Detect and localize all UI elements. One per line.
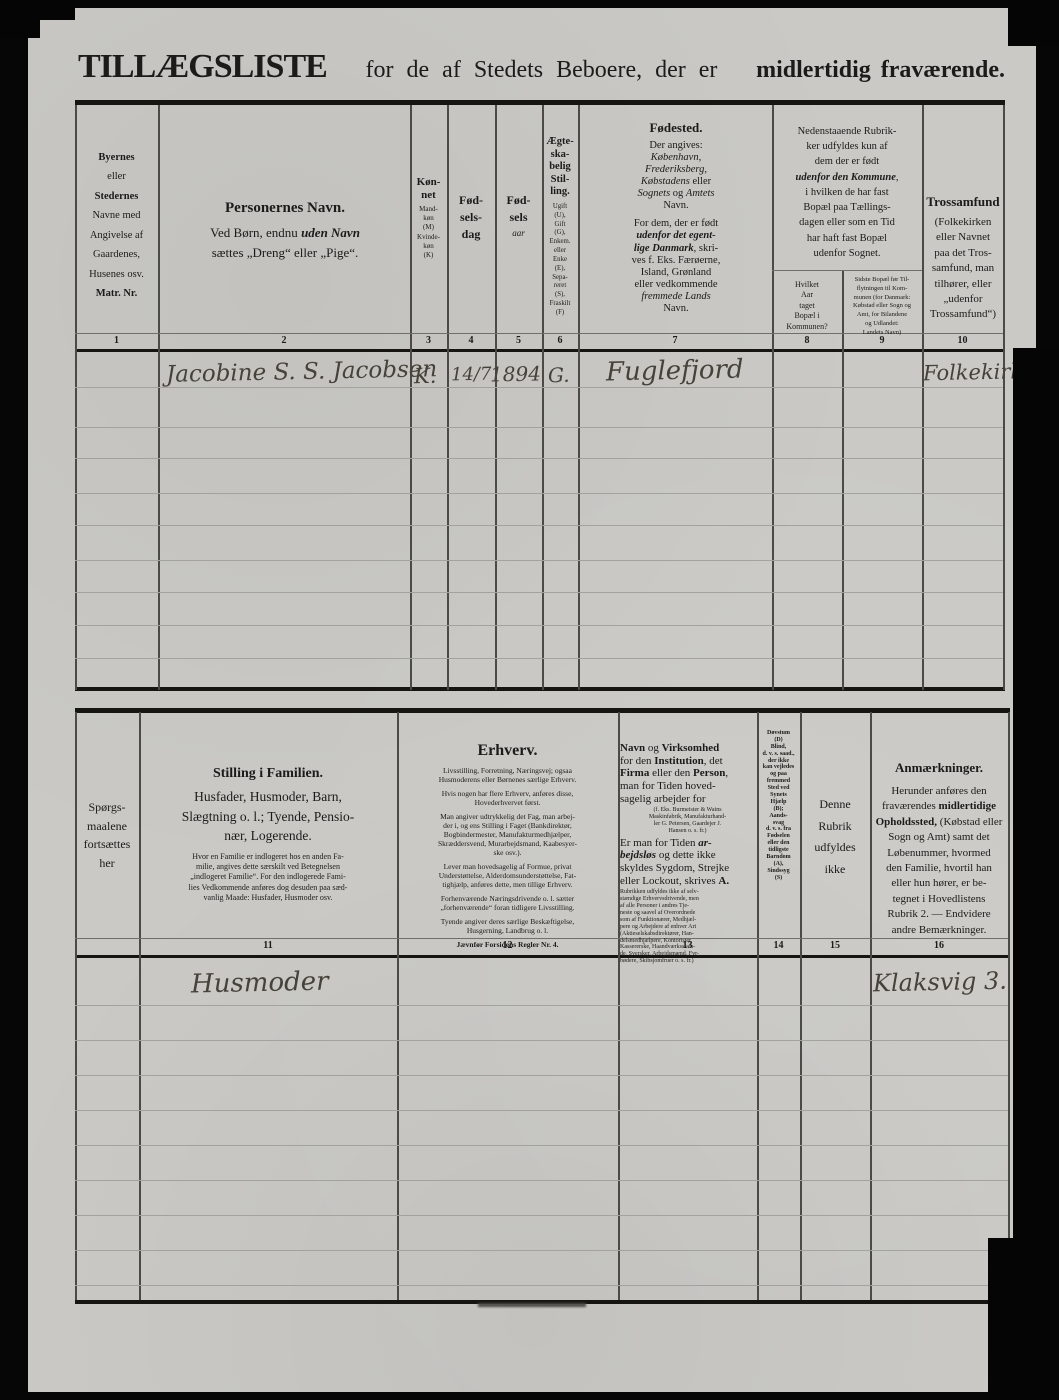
header-col11-family-position: Stilling i Familien. Husfader, Husmoder,…: [141, 766, 395, 904]
header-col6-codes: Ugift (U), Gift (G), Enkem. eller Enke (…: [543, 203, 577, 318]
header-col8-year-moved: Hvilket Aar taget Bopæl i Kommunen?: [774, 280, 840, 332]
table-heavy-rule: [75, 349, 1003, 352]
form-title-main: TILLÆGSLISTE: [78, 48, 327, 86]
header-col7-birthplace: Fødested. Der angives: København, Freder…: [583, 120, 769, 315]
col-number-7: 7: [578, 335, 772, 346]
col-number-15: 15: [800, 940, 870, 951]
col-number-12: 12: [397, 940, 618, 951]
entry-row-line: [75, 458, 1003, 459]
text-segment: Nedenstaaende Rubrik- ker udfyldes kun a…: [798, 126, 897, 167]
text-segment: Amtets: [686, 188, 715, 199]
header-col2-title: Personernes Navn.: [162, 200, 408, 217]
form-title-middle: for de af Stedets Beboere, der er: [366, 57, 718, 84]
header-col6-title: Ægte- ska- belig Stil- ling.: [543, 136, 577, 199]
text-segment: for den: [620, 755, 654, 767]
column-divider: [397, 712, 399, 1300]
col-number-4: 4: [447, 335, 495, 346]
scan-black-margin: [988, 1238, 1059, 1400]
header-col8-9-shared: Nedenstaaende Rubrik- ker udfyldes kun a…: [776, 124, 918, 261]
header-col13-main1: Navn og Virksomhed for den Institution, …: [620, 742, 755, 805]
col-number-3: 3: [410, 335, 447, 346]
table-heavy-rule: [75, 100, 1005, 105]
form-title: TILLÆGSLISTE for de af Stedets Beboere, …: [78, 48, 1005, 86]
col-number-5: 5: [495, 335, 542, 346]
header-col16-body: Herunder anføres den fraværendes midlert…: [873, 784, 1005, 938]
header-col4-birth-day: Fød- sels- dag: [448, 192, 494, 242]
header-col10-subtitle: (Folkekirken eller Navnet paa det Tros- …: [925, 215, 1001, 323]
header-col11-subtitle: Husfader, Husmoder, Barn, Slægtning o. l…: [141, 787, 395, 846]
text-segment: Der angives:: [649, 140, 702, 151]
header-col12-p1: Livsstilling, Forretning, Næringsvej; og…: [400, 766, 615, 784]
header-col16-remarks: Anmærkninger. Herunder anføres den fravæ…: [873, 760, 1005, 938]
header-col3-title: Køn- net: [411, 176, 446, 201]
form-title-emphasis: midlertidig fraværende.: [756, 57, 1005, 84]
col-number-14: 14: [757, 940, 800, 951]
entry-row-line: [75, 1040, 1008, 1041]
handwritten-remark: Klaksvig 3.: [873, 967, 1007, 998]
handwritten-family-position: Husmoder: [191, 967, 329, 1000]
text-segment: , det: [704, 755, 723, 767]
text-segment: Firma: [620, 767, 649, 779]
header-col12-p3: Man angiver udtrykkelig det Fag, man arb…: [400, 812, 615, 857]
col-number-9: 9: [842, 335, 922, 346]
text-segment: Er man for Tiden: [620, 837, 698, 849]
text-segment: Navn.: [663, 303, 688, 314]
entry-row-line: [75, 1005, 1008, 1006]
entry-row-line: [75, 387, 1003, 388]
header-col1-place-matr-nr: Byernes eller Stedernes Navne med Angive…: [77, 148, 156, 303]
column-divider: [922, 105, 924, 690]
header-col14-disabilities: Døvstum (D) Blind, d. v. s. saad., der i…: [758, 730, 799, 882]
header-col10-title: Trossamfund: [925, 194, 1001, 210]
header-col13-fine1: (f. Eks. Burmeister & Wains Maskinfabrik…: [620, 807, 755, 835]
side-label-questions-continue: Spørgs- maalene fortsættes her: [76, 798, 138, 872]
entry-row-line: [75, 1250, 1008, 1251]
text-segment: Navn: [620, 742, 645, 754]
text-segment: fremmede Lands: [641, 291, 710, 302]
col-number-8: 8: [772, 335, 842, 346]
entry-row-line: [75, 1180, 1008, 1181]
text-segment: Navn.: [663, 200, 688, 211]
entry-row-line: [75, 1215, 1008, 1216]
header-col13-main2: Er man for Tiden ar- bejdsløs og dette i…: [620, 837, 755, 888]
entry-row-line: [75, 560, 1003, 561]
entry-row-line: [75, 525, 1003, 526]
handwritten-birthplace: Fuglefjord: [606, 355, 744, 388]
header-col5-birth-year: Fød- sels aar: [496, 192, 541, 238]
handwritten-name: Jacobine S. S. Jacobsen: [166, 356, 438, 388]
text-segment: Stedernes: [95, 191, 139, 202]
header-col11-fine-print: Hvor en Familie er indlogeret hos en and…: [141, 852, 395, 904]
header-col2-person-name: Personernes Navn. Ved Børn, endnu uden N…: [162, 200, 408, 262]
header-col15-not-filled: Denne Rubrik udfyldes ikke: [801, 794, 869, 880]
scan-black-margin: [0, 0, 40, 38]
column-divider: [578, 105, 580, 690]
text-segment: Sognets: [638, 188, 671, 199]
table-heavy-rule: [75, 955, 1008, 958]
handwritten-sex: K.: [414, 364, 437, 388]
entry-row-line: [75, 658, 1003, 659]
text-segment: Virksomhed: [662, 742, 720, 754]
entry-row-line: [75, 493, 1003, 494]
col-number-10: 10: [922, 335, 1003, 346]
text-segment: Byernes: [98, 152, 134, 163]
column-divider: [1003, 105, 1005, 690]
entry-row-line: [75, 427, 1003, 428]
text-segment: A.: [718, 875, 729, 887]
header-col12-p2: Hvis nogen har flere Erhverv, anføres di…: [400, 789, 615, 807]
header-col5-year-word: aar: [496, 228, 541, 238]
col-number-16: 16: [870, 940, 1008, 951]
col-number-2: 2: [158, 335, 410, 346]
header-col12-occupation: Erhverv. Livsstilling, Forretning, Nærin…: [400, 742, 615, 949]
text-segment: og: [670, 188, 686, 199]
header-col12-p6: Tyende angiver deres særlige Beskæftigel…: [400, 917, 615, 935]
table-heavy-rule: [75, 687, 1005, 691]
header-col7-title: Fødested.: [583, 120, 769, 136]
column-divider: [158, 105, 160, 690]
text-segment: udenfor den Kommune: [796, 172, 896, 183]
text-segment: eller: [107, 171, 126, 182]
col-number-11: 11: [139, 940, 397, 951]
header-col12-p4: Lever man hovedsagelig af Formue, privat…: [400, 862, 615, 889]
text-segment: Matr. Nr.: [96, 288, 138, 299]
header-col3-codes: Mand- køn (M) Kvinde- køn (K): [411, 205, 446, 260]
text-segment: Person: [693, 767, 725, 779]
header-col7-paragraph2: For dem, der er født udenfor det egent- …: [583, 218, 769, 315]
text-segment: uden Navn: [301, 225, 360, 240]
header-col5-title: Fød- sels: [496, 192, 541, 226]
header-col12-p5: Forhenværende Næringsdrivende o. l. sætt…: [400, 894, 615, 912]
header-col10-religion: Trossamfund (Folkekirken eller Navnet pa…: [925, 194, 1001, 323]
scan-black-margin: [1008, 0, 1059, 46]
text-segment: Ved Børn, endnu: [210, 225, 301, 240]
text-segment: For dem, der er født: [634, 218, 718, 229]
entry-row-line: [75, 1075, 1008, 1076]
handwritten-birth-day: 14/7: [451, 364, 492, 386]
text-segment: (Købstad eller Sogn og Amt) samt det Løb…: [886, 816, 1002, 936]
text-segment: og: [645, 742, 662, 754]
text-segment: sættes „Dreng“ eller „Pige“.: [212, 245, 359, 260]
column-divider: [870, 712, 872, 1300]
text-segment: , i hvilken de har fast Bopæl paa Tællin…: [799, 172, 898, 259]
header-col16-title: Anmærkninger.: [873, 760, 1005, 776]
header-col6-marital-status: Ægte- ska- belig Stil- ling. Ugift (U), …: [543, 136, 577, 318]
printer-imprint: [478, 1303, 586, 1307]
scan-background: TILLÆGSLISTE for de af Stedets Beboere, …: [0, 0, 1059, 1400]
entry-row-line: [75, 1145, 1008, 1146]
header-col9-last-residence: Sidste Bopæl før Til- flytningen til Kom…: [844, 276, 920, 337]
header-col7-paragraph1: Der angives: København, Frederiksberg, K…: [583, 140, 769, 212]
header-col3-sex: Køn- net Mand- køn (M) Kvinde- køn (K): [411, 176, 446, 260]
header-col11-title: Stilling i Familien.: [141, 766, 395, 782]
entry-row-line: [75, 1110, 1008, 1111]
text-segment: Navne med Angivelse af Gaardenes, Husene…: [89, 210, 144, 279]
column-divider: [772, 105, 774, 690]
column-divider: [1008, 712, 1010, 1300]
header-col12-title: Erhverv.: [400, 742, 615, 760]
col-number-6: 6: [542, 335, 578, 346]
entry-row-line: [75, 625, 1003, 626]
col-number-1: 1: [75, 335, 158, 346]
col-number-13: 13: [618, 940, 757, 951]
text-segment: eller: [690, 176, 711, 187]
text-segment: eller den: [649, 767, 693, 779]
handwritten-birth-year: 1894: [490, 361, 541, 386]
text-segment: Institution: [654, 755, 704, 767]
entry-row-line: [75, 1285, 1008, 1286]
handwritten-marital-status: G.: [548, 363, 570, 387]
entry-row-line: [75, 592, 1003, 593]
header-col13-fine2: Rubrikken udfyldes ikke af selv- stændig…: [620, 889, 755, 965]
header-col2-subtitle: Ved Børn, endnu uden Navn sættes „Dreng“…: [162, 223, 408, 262]
census-form-page: TILLÆGSLISTE for de af Stedets Beboere, …: [28, 8, 1036, 1392]
header-col13-employer: Navn og Virksomhed for den Institution, …: [620, 742, 755, 965]
subheader-separator: [772, 270, 922, 271]
